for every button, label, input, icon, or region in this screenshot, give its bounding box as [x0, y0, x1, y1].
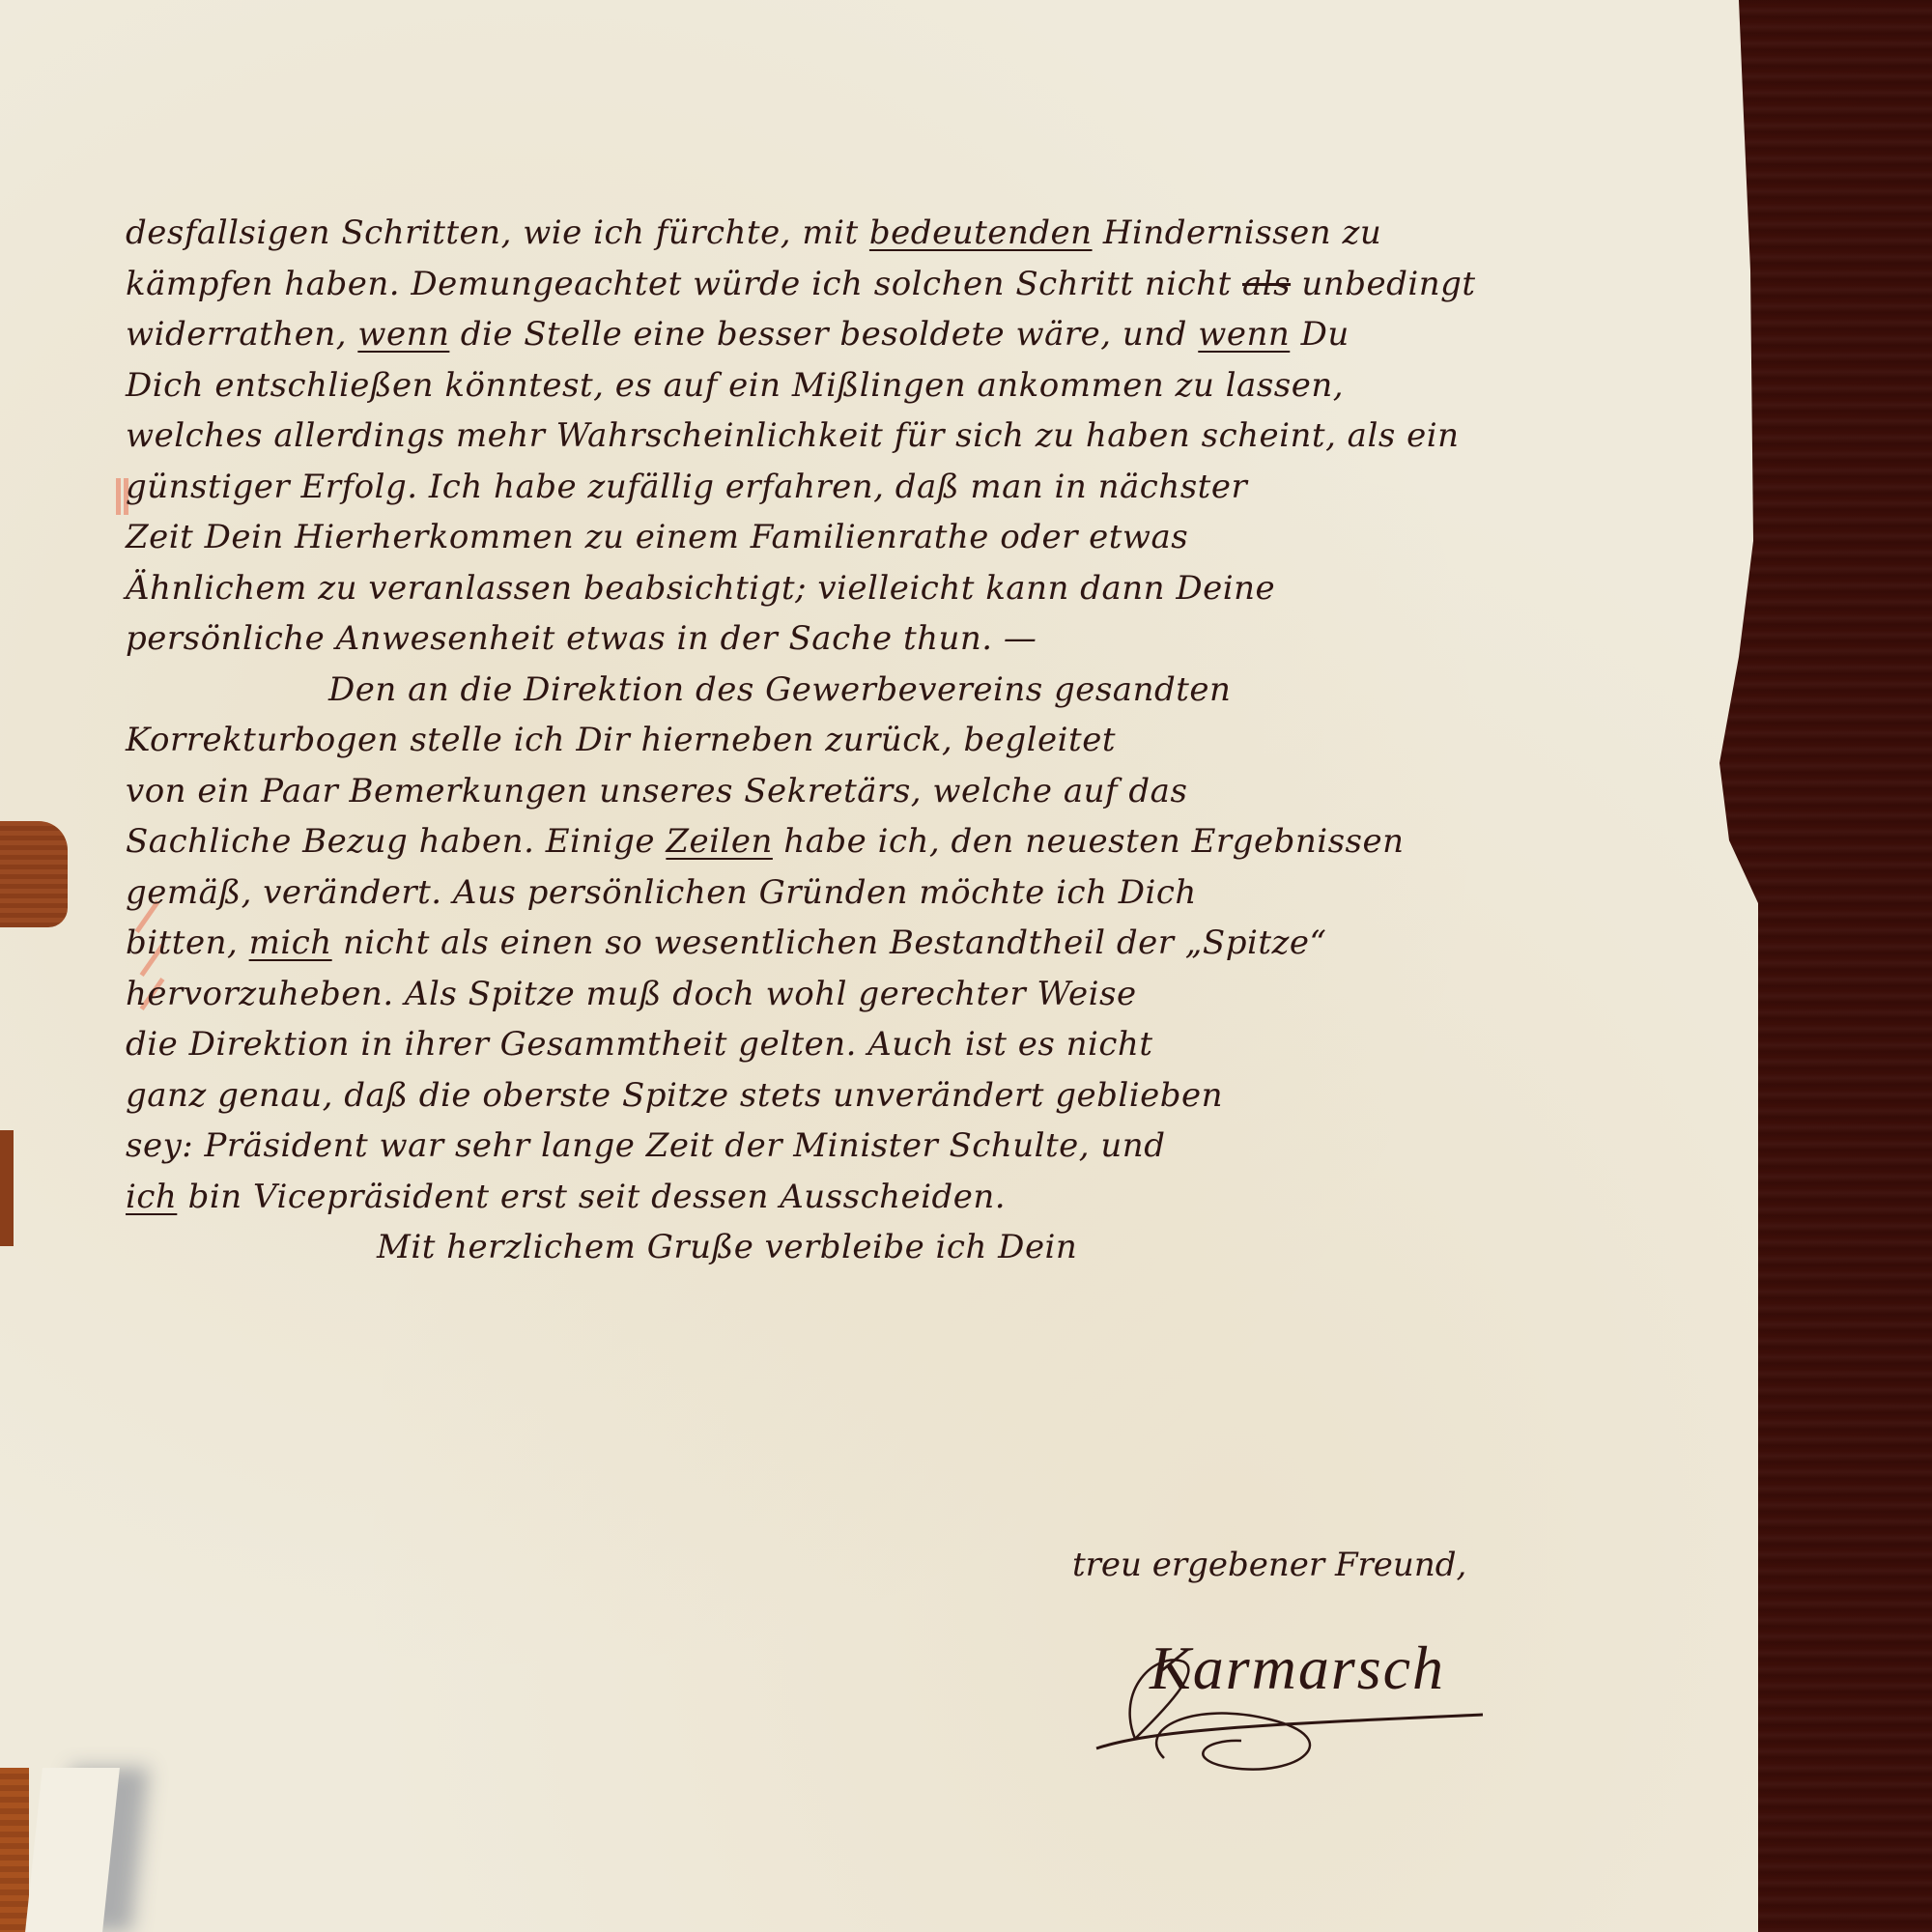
letter-line: hervorzuheben. Als Spitze muß doch wohl …: [126, 969, 1710, 1020]
greeting: Mit herzlichem Gruße verbleibe ich Dein: [126, 1222, 1710, 1273]
letter-line: die Direktion in ihrer Gesammtheit gelte…: [126, 1019, 1710, 1070]
closing-phrase: treu ergebener Freund,: [1072, 1546, 1466, 1584]
letter-line: ich bin Vicepräsident erst seit dessen A…: [126, 1172, 1710, 1223]
letter-line: von ein Paar Bemerkungen unseres Sekretä…: [126, 766, 1710, 817]
letter-line: desfallsigen Schritten, wie ich fürchte,…: [126, 208, 1710, 259]
wood-visible-through-tear: [0, 1768, 29, 1932]
letter-body: desfallsigen Schritten, wie ich fürchte,…: [126, 208, 1710, 1273]
signature: Karmarsch: [1150, 1633, 1445, 1704]
letter-line: gemäß, verändert. Aus persönlichen Gründ…: [126, 867, 1710, 919]
letter-line: persönliche Anwesenheit etwas in der Sac…: [126, 613, 1710, 665]
wood-visible-through-tear: [0, 821, 68, 927]
letter-line: Korrekturbogen stelle ich Dir hierneben …: [126, 715, 1710, 766]
letter-line: Zeit Dein Hierherkommen zu einem Familie…: [126, 512, 1710, 563]
letter-line: Dich entschließen könntest, es auf ein M…: [126, 360, 1710, 412]
underlined-word: wenn: [357, 315, 449, 354]
paragraph-1: desfallsigen Schritten, wie ich fürchte,…: [126, 208, 1710, 665]
underlined-word: bedeutenden: [869, 213, 1093, 252]
struck-word: als: [1242, 265, 1291, 303]
underlined-word: Zeilen: [666, 822, 773, 861]
wood-visible-through-tear: [0, 1130, 14, 1246]
letter-line: günstiger Erfolg. Ich habe zufällig erfa…: [126, 462, 1710, 513]
underlined-word: ich: [126, 1178, 177, 1216]
underlined-word: wenn: [1198, 315, 1290, 354]
letter-line: Den an die Direktion des Gewerbevereins …: [126, 665, 1710, 716]
letter-line: welches allerdings mehr Wahrscheinlichke…: [126, 411, 1710, 462]
paragraph-2: Den an die Direktion des Gewerbevereins …: [126, 665, 1710, 1223]
letter-line: Sachliche Bezug haben. Einige Zeilen hab…: [126, 816, 1710, 867]
underlined-word: mich: [249, 923, 332, 962]
letter-line: kämpfen haben. Demungeachtet würde ich s…: [126, 259, 1710, 310]
letter-line: widerrathen, wenn die Stelle eine besser…: [126, 309, 1710, 360]
letter-line: sey: Präsident war sehr lange Zeit der M…: [126, 1121, 1710, 1172]
letter-line: bitten, mich nicht als einen so wesentli…: [126, 918, 1710, 969]
letter-line: Ähnlichem zu veranlassen beabsichtigt; v…: [126, 563, 1710, 614]
red-margin-mark: [116, 478, 121, 515]
letter-line: ganz genau, daß die oberste Spitze stets…: [126, 1070, 1710, 1122]
